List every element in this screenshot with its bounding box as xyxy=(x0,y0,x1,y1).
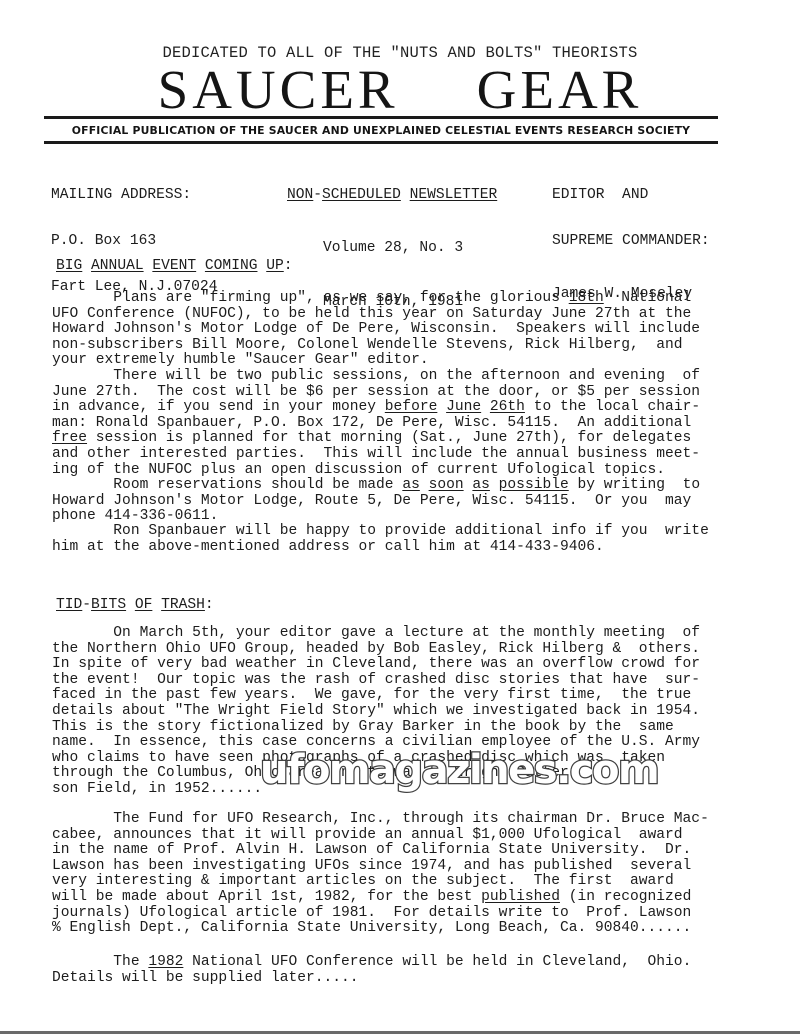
masthead-word-gear: GEAR xyxy=(477,59,643,120)
mailing-address: MAILING ADDRESS: P.O. Box 163 Fart Lee, … xyxy=(51,157,217,311)
newsletter-volume: Volume 28, No. 3 xyxy=(323,241,497,256)
editor-label-1: EDITOR AND xyxy=(552,188,710,203)
paragraph-room-reservations: Room reservations should be made as soon… xyxy=(52,478,772,525)
section-heading-big-annual-event: BIG ANNUAL EVENT COMING UP: xyxy=(56,259,293,274)
publication-subtitle: OFFICIAL PUBLICATION OF THE SAUCER AND U… xyxy=(44,124,718,137)
paragraph-ufo-research-award: The Fund for UFO Research, Inc., through… xyxy=(52,812,772,937)
paragraph-1982-conference: The 1982 National UFO Conference will be… xyxy=(52,955,772,986)
paragraph-sessions-and-cost: There will be two public sessions, on th… xyxy=(52,369,772,478)
paragraph-ron-spanbauer-contact: Ron Spanbauer will be happy to provide a… xyxy=(52,524,772,555)
mailing-address-label: MAILING ADDRESS: xyxy=(51,188,217,203)
masthead-word-saucer: SAUCER xyxy=(158,59,399,120)
newsletter-type: NON-SCHEDULED NEWSLETTER xyxy=(287,188,497,203)
editor-label-2: SUPREME COMMANDER: xyxy=(552,234,710,249)
masthead-title: SAUCERGEAR xyxy=(0,60,800,120)
mailing-address-line1: P.O. Box 163 xyxy=(51,234,217,249)
masthead-rule-top xyxy=(44,116,718,119)
masthead-rule-bottom xyxy=(44,141,718,144)
paragraph-conference-announcement: Plans are "firming up", as we say, for t… xyxy=(52,291,772,369)
site-watermark: ufomagazines.com xyxy=(260,747,658,793)
section-heading-tid-bits-of-trash: TID-BITS OF TRASH: xyxy=(56,598,214,613)
